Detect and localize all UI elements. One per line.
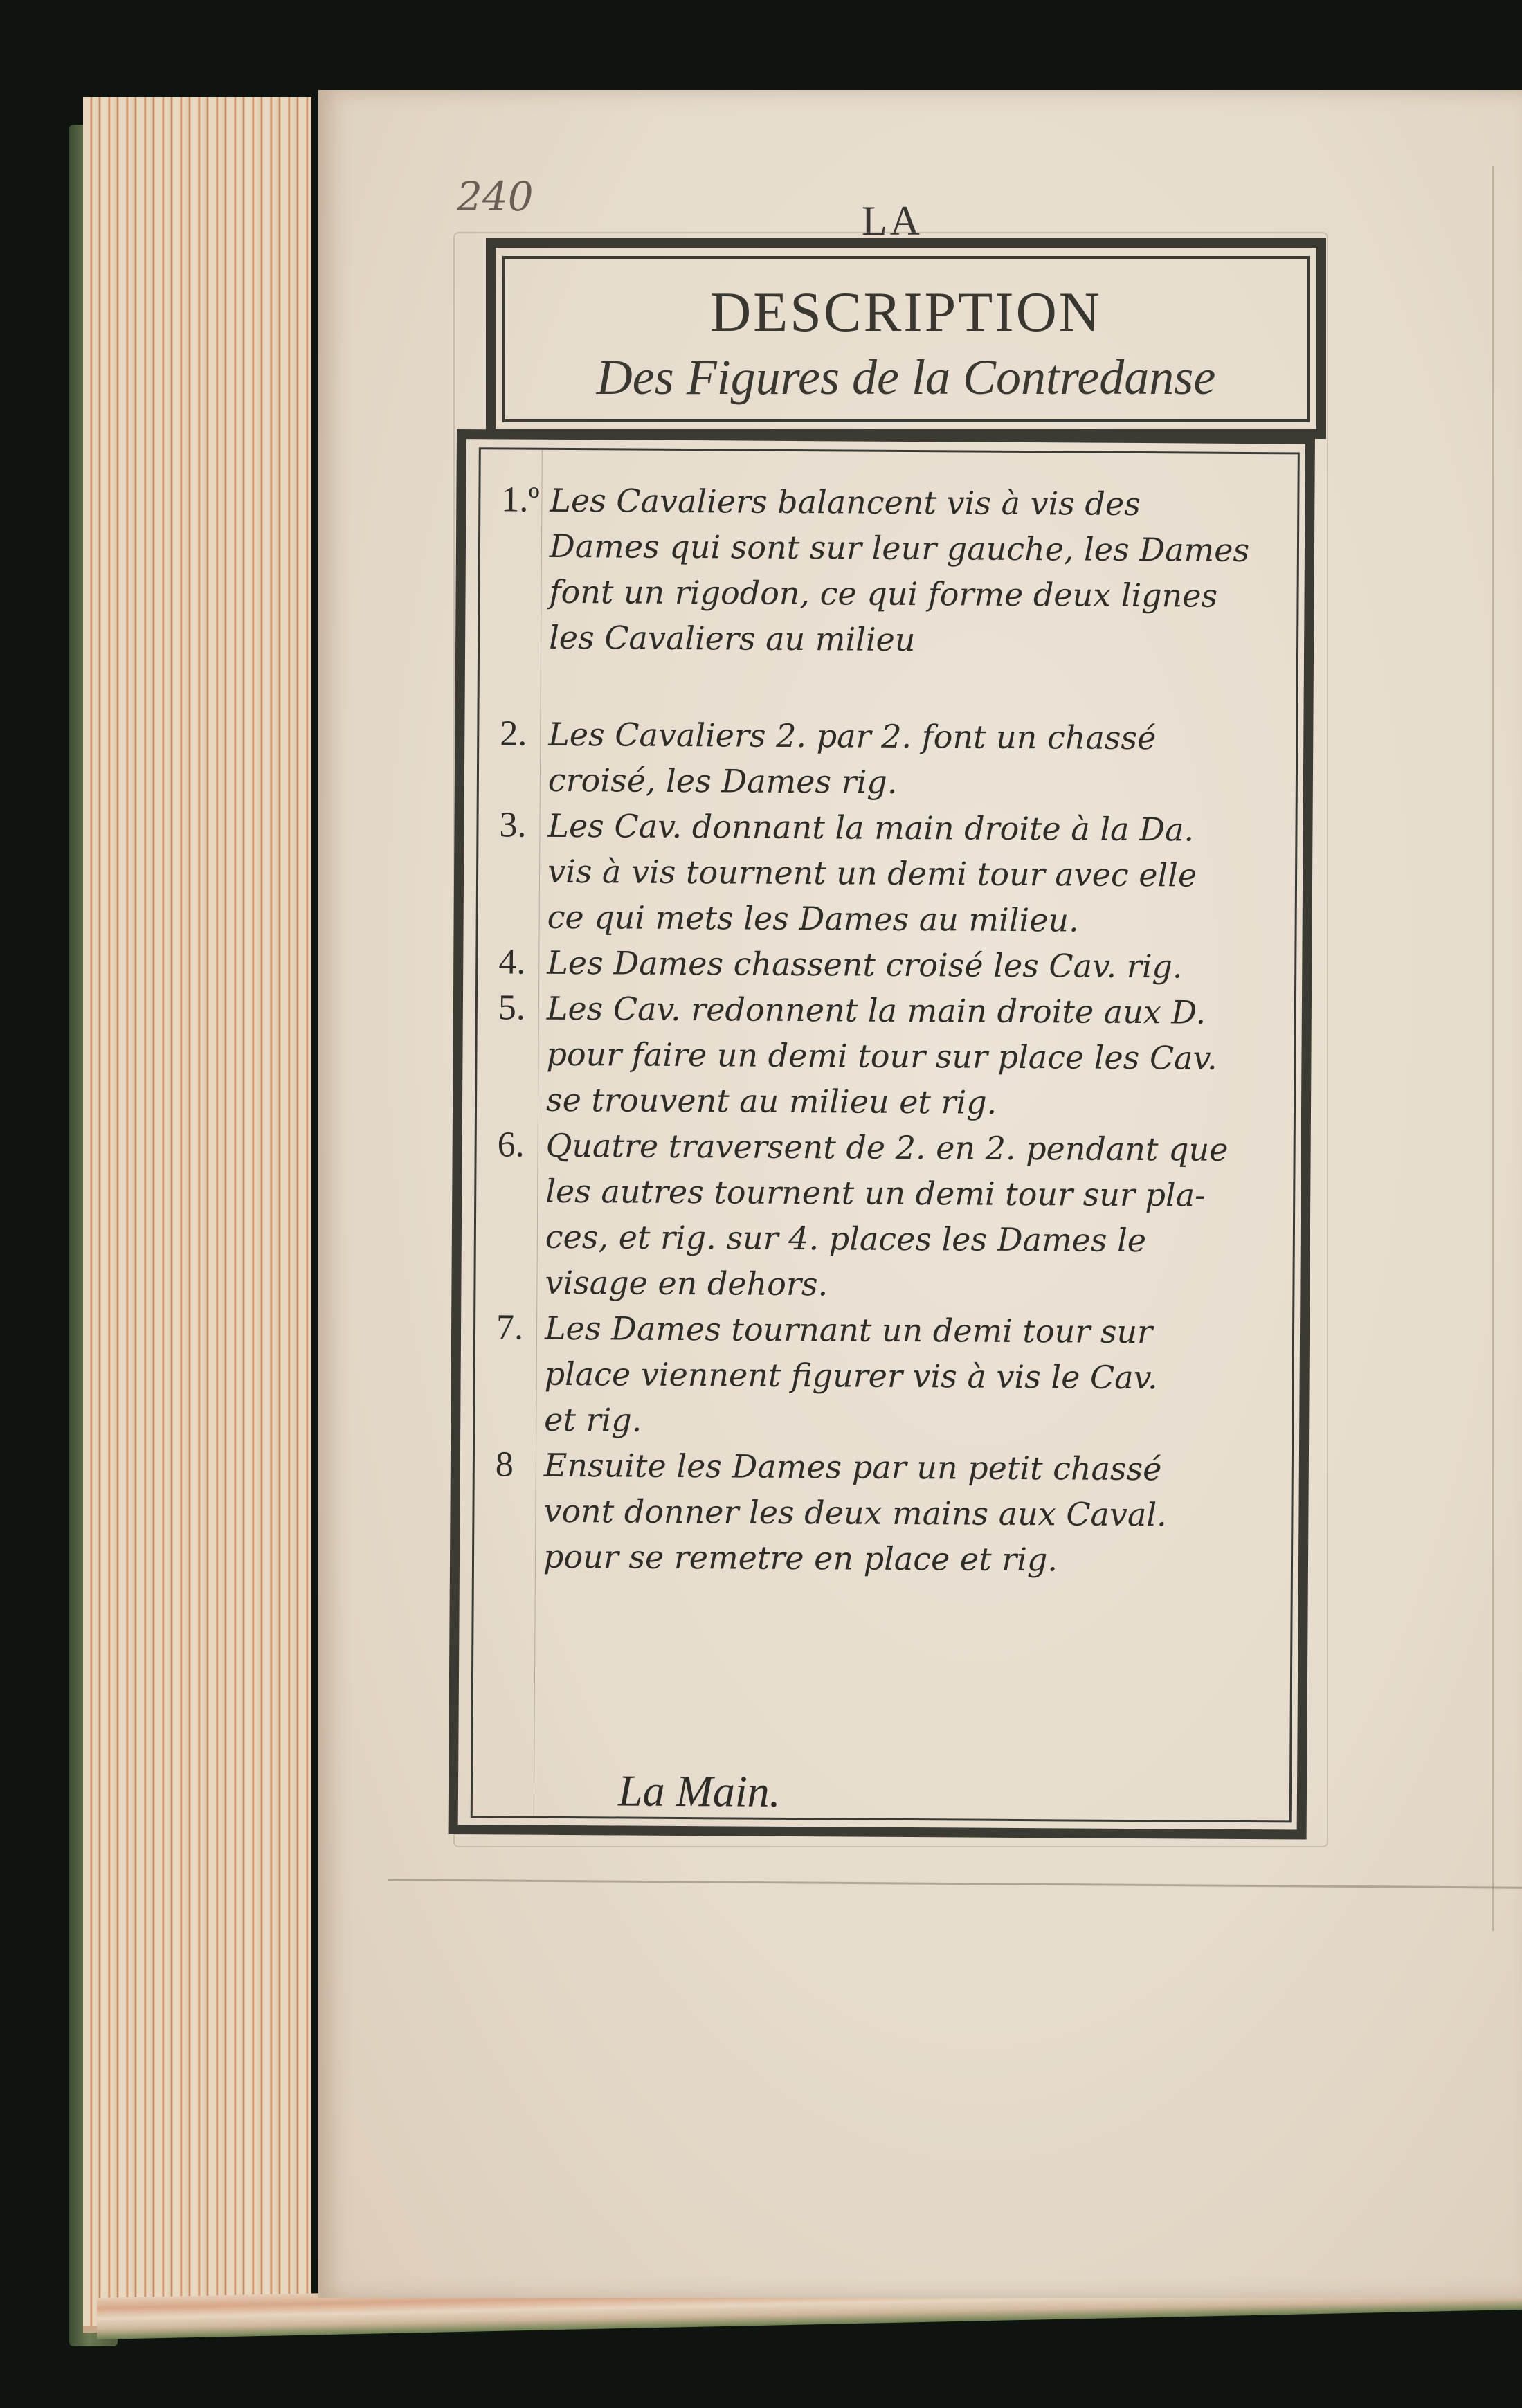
figure-line: et rig. — [544, 1397, 1278, 1447]
figure-line: Les Cav. redonnent la main droite aux D. — [547, 986, 1280, 1035]
figure-line: pour faire un demi tour sur place les Ca… — [546, 1031, 1280, 1081]
figure-line: font un rigodon, ce qui forme deux ligne… — [549, 569, 1283, 619]
figure-line: Ensuite les Dames par un petit chassé — [544, 1442, 1278, 1492]
figures-list: 1.º Les Cavaliers balancent vis à vis de… — [495, 477, 1284, 1584]
figure-number: 6. — [497, 1122, 524, 1168]
title-cartouche: DESCRIPTION Des Figures de la Contredans… — [486, 238, 1326, 439]
figure-line: pour se remetre en place et rig. — [543, 1534, 1277, 1584]
title-inner-border: DESCRIPTION Des Figures de la Contredans… — [502, 256, 1310, 422]
figure-item-2: 2. Les Cavaliers 2. par 2. font un chass… — [500, 711, 1283, 807]
figure-item-3: 3. Les Cav. donnant la main droite à la … — [498, 802, 1281, 944]
figure-line: Les Cavaliers 2. par 2. font un chassé — [548, 712, 1282, 761]
figure-line: Les Cav. donnant la main droite à la Da. — [547, 803, 1281, 853]
figure-line: vis à vis tournent un demi tour avec ell… — [547, 849, 1281, 898]
figure-line: Quatre traversent de 2. en 2. pendant qu… — [545, 1123, 1279, 1173]
figure-line: les Cavaliers au milieu — [549, 615, 1283, 664]
figure-item-5: 5. Les Cav. redonnent la main droite aux… — [498, 985, 1280, 1127]
figure-item-7: 7. Les Dames tournant un demi tour sur p… — [496, 1305, 1278, 1447]
figure-line: Les Dames chassent croisé les Cav. rig. — [547, 940, 1280, 990]
figure-line: les autres tournent un demi tour sur pla… — [545, 1168, 1279, 1218]
figure-number: 8 — [496, 1442, 514, 1487]
closing-figure-name: La Main. — [618, 1765, 781, 1817]
figures-inner-border: 1.º Les Cavaliers balancent vis à vis de… — [471, 447, 1300, 1822]
figure-number: 3. — [499, 802, 526, 848]
figure-number: 5. — [498, 985, 525, 1031]
figure-line: place viennent figurer vis à vis le Cav. — [544, 1351, 1278, 1401]
figure-number: 4. — [498, 939, 525, 985]
handwritten-page-number: 240 — [457, 173, 534, 220]
figure-line: Les Dames tournant un demi tour sur — [545, 1305, 1278, 1355]
page-edges-stack — [83, 97, 311, 2333]
figure-line: croisé, les Dames rig. — [548, 757, 1282, 807]
figure-number: 7. — [496, 1305, 523, 1350]
figure-item-6: 6. Quatre traversent de 2. en 2. pendant… — [496, 1122, 1280, 1310]
figure-item-1: 1.º Les Cavaliers balancent vis à vis de… — [500, 477, 1284, 664]
plate-subtitle: Des Figures de la Contredanse — [512, 349, 1300, 406]
figure-line: Dames qui sont sur leur gauche, les Dame… — [550, 523, 1283, 573]
figure-line: se trouvent au milieu et rig. — [546, 1077, 1280, 1127]
page-right-edge-line — [1492, 166, 1494, 1931]
figure-number: 1.º — [501, 477, 540, 523]
figure-line: ce qui mets les Dames au milieu. — [547, 894, 1280, 944]
figure-item-4: 4. Les Dames chassent croisé les Cav. ri… — [498, 939, 1280, 990]
figure-line: Les Cavaliers balancent vis à vis des — [550, 478, 1283, 527]
figure-line: visage en dehors. — [545, 1260, 1278, 1310]
figure-line: ces, et rig. sur 4. places les Dames le — [545, 1214, 1279, 1264]
plate-title: DESCRIPTION — [505, 280, 1307, 345]
figure-item-8: 8 Ensuite les Dames par un petit chassé … — [495, 1442, 1278, 1584]
figure-number: 2. — [500, 711, 527, 757]
figures-frame: 1.º Les Cavaliers balancent vis à vis de… — [449, 429, 1315, 1840]
figure-line: vont donner les deux mains aux Caval. — [543, 1488, 1277, 1538]
